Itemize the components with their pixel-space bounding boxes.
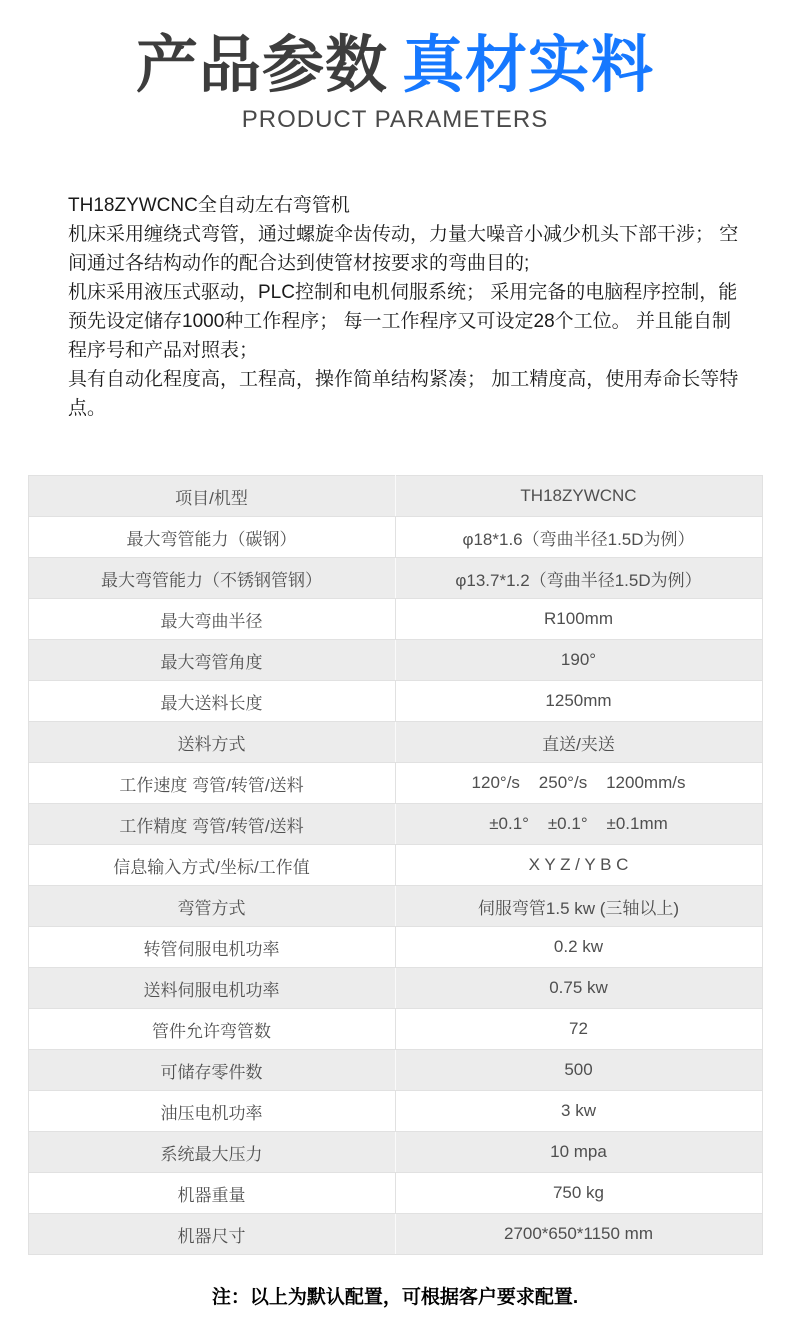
spec-value: X Y Z / Y B C <box>395 845 762 886</box>
spec-value: 0.2 kw <box>395 927 762 968</box>
spec-label: 转管伺服电机功率 <box>28 927 395 968</box>
spec-value: 0.75 kw <box>395 968 762 1009</box>
spec-label: 最大弯管角度 <box>28 640 395 681</box>
spec-row: 最大送料长度1250mm <box>28 681 762 722</box>
spec-row: 送料伺服电机功率0.75 kw <box>28 968 762 1009</box>
spec-value: 3 kw <box>395 1091 762 1132</box>
spec-label: 工作精度 弯管/转管/送料 <box>28 804 395 845</box>
spec-value: ±0.1° ±0.1° ±0.1mm <box>395 804 762 845</box>
spec-value: 伺服弯管1.5 kw (三轴以上) <box>395 886 762 927</box>
page-title-primary: 产品参数 <box>136 31 388 100</box>
spec-value: φ13.7*1.2（弯曲半径1.5D为例） <box>395 558 762 599</box>
spec-row: 最大弯管能力（碳钢）φ18*1.6（弯曲半径1.5D为例） <box>28 517 762 558</box>
spec-table: 项目/机型TH18ZYWCNC最大弯管能力（碳钢）φ18*1.6（弯曲半径1.5… <box>28 475 763 1255</box>
spec-label: 信息输入方式/坐标/工作值 <box>28 845 395 886</box>
spec-row: 工作速度 弯管/转管/送料120°/s 250°/s 1200mm/s <box>28 763 762 804</box>
spec-label: 机器尺寸 <box>28 1214 395 1255</box>
spec-label: 管件允许弯管数 <box>28 1009 395 1050</box>
spec-row: 转管伺服电机功率0.2 kw <box>28 927 762 968</box>
spec-row: 最大弯管角度190° <box>28 640 762 681</box>
spec-value: 500 <box>395 1050 762 1091</box>
spec-label: 弯管方式 <box>28 886 395 927</box>
spec-row: 送料方式直送/夹送 <box>28 722 762 763</box>
description-paragraph: TH18ZYWCNC全自动左右弯管机 <box>68 191 740 220</box>
spec-label: 最大送料长度 <box>28 681 395 722</box>
spec-label: 系统最大压力 <box>28 1132 395 1173</box>
spec-label: 工作速度 弯管/转管/送料 <box>28 763 395 804</box>
spec-value: φ18*1.6（弯曲半径1.5D为例） <box>395 517 762 558</box>
spec-row: 油压电机功率3 kw <box>28 1091 762 1132</box>
spec-value: 72 <box>395 1009 762 1050</box>
spec-value: 120°/s 250°/s 1200mm/s <box>395 763 762 804</box>
spec-row: 可储存零件数500 <box>28 1050 762 1091</box>
page-subtitle: PRODUCT PARAMETERS <box>0 106 790 134</box>
spec-value: 2700*650*1150 mm <box>395 1214 762 1255</box>
spec-label: 项目/机型 <box>28 476 395 517</box>
spec-row: 弯管方式伺服弯管1.5 kw (三轴以上) <box>28 886 762 927</box>
spec-label: 最大弯曲半径 <box>28 599 395 640</box>
description-paragraph: 具有自动化程度高，工程高，操作简单结构紧凑； 加工精度高，使用寿命长等特点。 <box>68 365 740 423</box>
spec-label: 最大弯管能力（碳钢） <box>28 517 395 558</box>
spec-label: 最大弯管能力（不锈钢管钢） <box>28 558 395 599</box>
spec-value: 1250mm <box>395 681 762 722</box>
spec-row: 机器尺寸2700*650*1150 mm <box>28 1214 762 1255</box>
spec-value: 750 kg <box>395 1173 762 1214</box>
product-description: TH18ZYWCNC全自动左右弯管机机床采用缠绕式弯管，通过螺旋伞齿传动，力量大… <box>68 191 740 423</box>
spec-row: 管件允许弯管数72 <box>28 1009 762 1050</box>
spec-value: TH18ZYWCNC <box>395 476 762 517</box>
spec-row: 最大弯管能力（不锈钢管钢）φ13.7*1.2（弯曲半径1.5D为例） <box>28 558 762 599</box>
spec-row: 工作精度 弯管/转管/送料±0.1° ±0.1° ±0.1mm <box>28 804 762 845</box>
description-paragraph: 机床采用缠绕式弯管，通过螺旋伞齿传动，力量大噪音小减少机头下部干涉； 空间通过各… <box>68 220 740 278</box>
spec-label: 机器重量 <box>28 1173 395 1214</box>
description-paragraph: 机床采用液压式驱动，PLC控制和电机伺服系统； 采用完备的电脑程序控制，能预先设… <box>68 278 740 365</box>
spec-table-body: 项目/机型TH18ZYWCNC最大弯管能力（碳钢）φ18*1.6（弯曲半径1.5… <box>28 476 762 1255</box>
page-title-accent: 真材实料 <box>402 31 654 100</box>
spec-row: 系统最大压力10 mpa <box>28 1132 762 1173</box>
spec-row: 信息输入方式/坐标/工作值X Y Z / Y B C <box>28 845 762 886</box>
spec-label: 可储存零件数 <box>28 1050 395 1091</box>
page-title: 产品参数真材实料 <box>0 34 790 97</box>
spec-header-row: 项目/机型TH18ZYWCNC <box>28 476 762 517</box>
footnote: 注：以上为默认配置，可根据客户要求配置. <box>0 1282 790 1309</box>
spec-label: 油压电机功率 <box>28 1091 395 1132</box>
spec-label: 送料伺服电机功率 <box>28 968 395 1009</box>
product-parameters-page: 产品参数真材实料 PRODUCT PARAMETERS TH18ZYWCNC全自… <box>0 0 790 1339</box>
spec-value: 10 mpa <box>395 1132 762 1173</box>
spec-label: 送料方式 <box>28 722 395 763</box>
spec-row: 机器重量750 kg <box>28 1173 762 1214</box>
spec-value: 190° <box>395 640 762 681</box>
spec-value: R100mm <box>395 599 762 640</box>
spec-value: 直送/夹送 <box>395 722 762 763</box>
hero-header: 产品参数真材实料 PRODUCT PARAMETERS <box>0 0 790 134</box>
spec-row: 最大弯曲半径R100mm <box>28 599 762 640</box>
